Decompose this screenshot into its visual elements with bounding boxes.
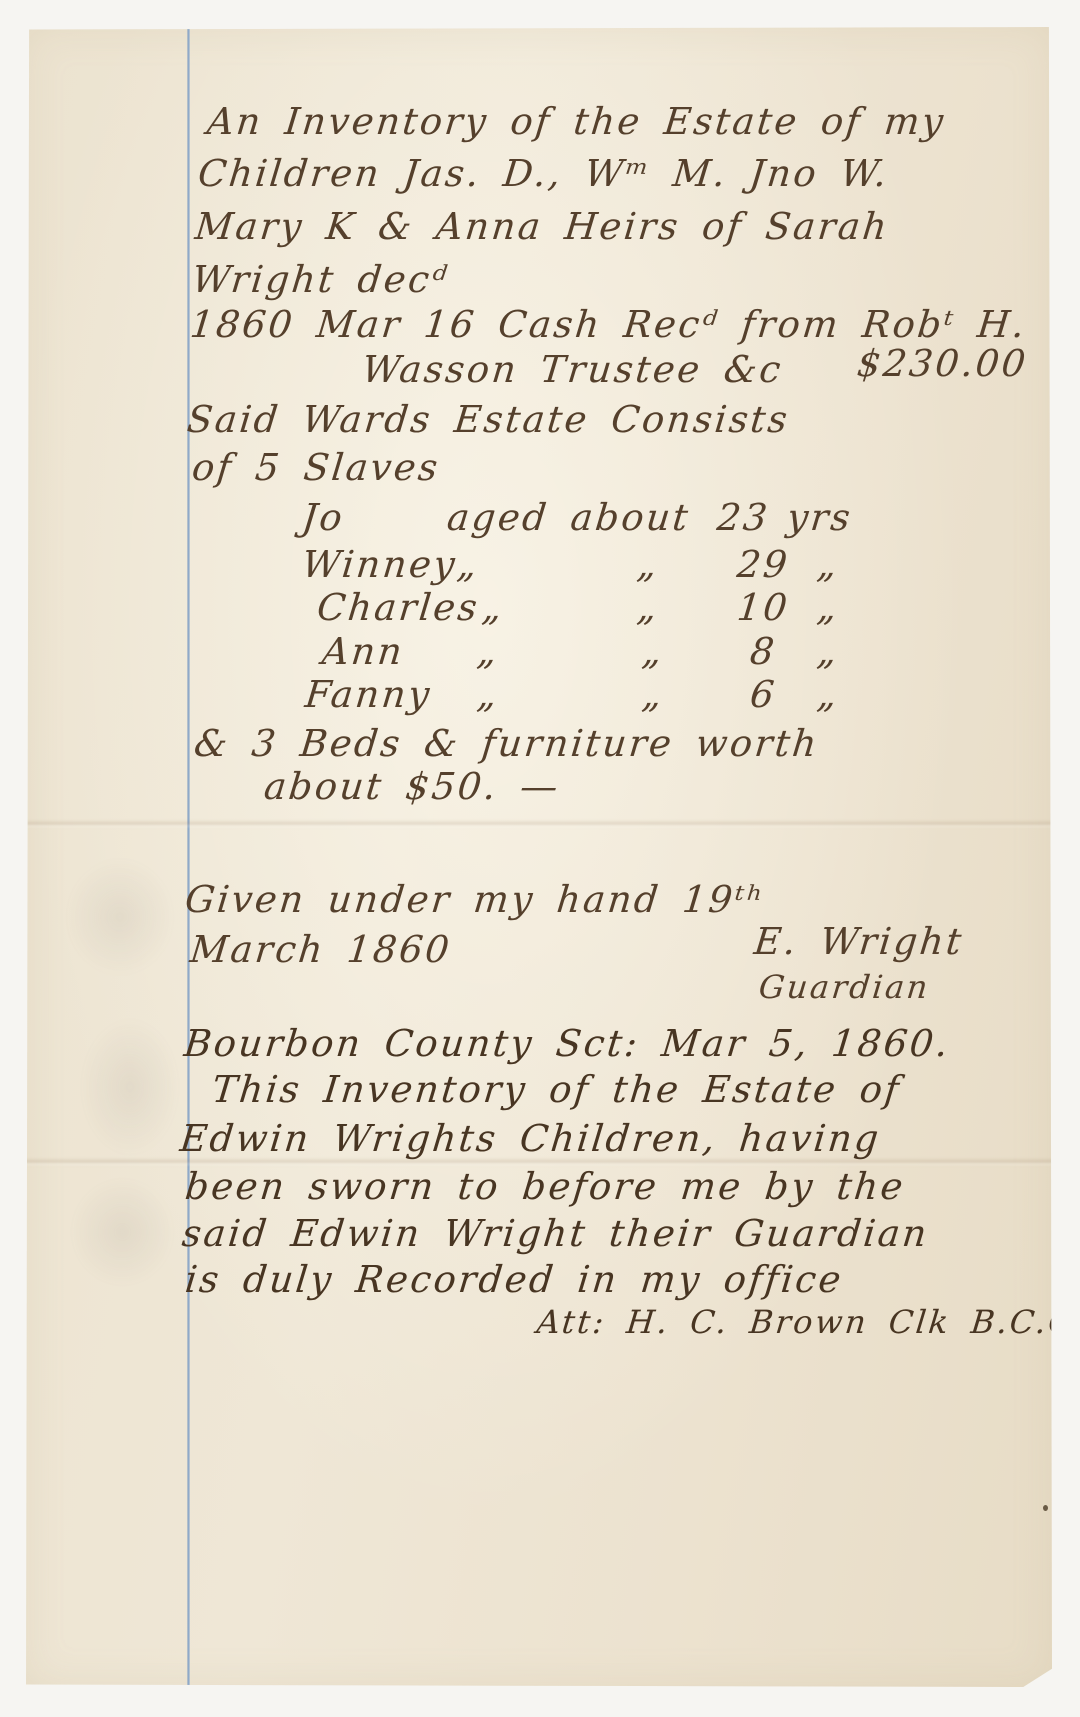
slave-name: Fanny <box>303 673 434 716</box>
ink-bleedthrough <box>65 857 175 977</box>
doc-header-line-1: An Inventory of the Estate of my <box>205 100 948 143</box>
ditto-mark: „ <box>815 673 841 716</box>
doc-header-line-2: Children Jas. D., Wᵐ M. Jno W. <box>196 152 891 195</box>
ditto-mark: „ <box>635 586 661 629</box>
certification-line-4: been sworn to before me by the <box>183 1165 907 1208</box>
certification-line-3: Edwin Wrights Children, having <box>178 1117 883 1160</box>
slave-aged-label: aged about <box>445 496 692 539</box>
receipt-amount: $230.00 <box>855 342 1030 385</box>
receipt-line-2: Wasson Trustee &c <box>360 348 785 391</box>
ink-bleedthrough <box>80 1017 180 1157</box>
ink-speck <box>1043 1505 1048 1511</box>
ink-bleedthrough <box>70 1177 175 1287</box>
slave-name: Ann <box>320 630 406 673</box>
slave-name: Winney <box>300 543 459 586</box>
document-page: An Inventory of the Estate of my Childre… <box>25 27 1052 1687</box>
ditto-mark: „ <box>480 586 506 629</box>
ledger-margin-line <box>187 27 190 1687</box>
beds-line-2: about $50. — <box>262 765 562 808</box>
guardian-signature-title: Guardian <box>757 968 932 1006</box>
attestation-line-1: Given under my hand 19ᵗʰ <box>183 878 767 921</box>
certification-line-1: Bourbon County Sct: Mar 5, 1860. <box>182 1022 952 1065</box>
ditto-mark: „ <box>640 630 666 673</box>
slave-name: Jo <box>300 496 347 539</box>
slave-age: 8 <box>748 630 779 673</box>
ditto-mark: „ <box>455 543 481 586</box>
receipt-line-1: 1860 Mar 16 Cash Recᵈ from Robᵗ H. <box>188 303 1029 346</box>
guardian-signature: E. Wright <box>752 920 966 963</box>
ditto-mark: „ <box>475 673 501 716</box>
ditto-mark: „ <box>475 630 501 673</box>
estate-line-2: of 5 Slaves <box>190 446 442 489</box>
slave-age: 6 <box>748 673 779 716</box>
slave-age: 29 <box>735 543 792 586</box>
attestation-line-2: March 1860 <box>188 928 454 971</box>
doc-header-line-4: Wright decᵈ <box>190 258 451 301</box>
doc-header-line-3: Mary K & Anna Heirs of Sarah <box>193 205 891 248</box>
certification-line-6: is duly Recorded in my office <box>183 1258 845 1301</box>
ditto-mark: „ <box>815 630 841 673</box>
certification-line-2: This Inventory of the Estate of <box>210 1068 903 1111</box>
certification-line-5: said Edwin Wright their Guardian <box>180 1212 931 1255</box>
clerk-attestation: Att: H. C. Brown Clk B.C.C. <box>535 1303 1080 1341</box>
ditto-mark: „ <box>635 543 661 586</box>
slave-age-unit: yrs <box>785 496 855 539</box>
ditto-mark: „ <box>640 673 666 716</box>
slave-age: 10 <box>735 586 792 629</box>
estate-line-1: Said Wards Estate Consists <box>185 398 792 441</box>
fold-crease-upper <box>25 820 1052 828</box>
slave-age: 23 <box>715 496 772 539</box>
ditto-mark: „ <box>815 586 841 629</box>
ditto-mark: „ <box>815 543 841 586</box>
slave-name: Charles <box>315 586 482 629</box>
beds-line-1: & 3 Beds & furniture worth <box>192 722 821 765</box>
